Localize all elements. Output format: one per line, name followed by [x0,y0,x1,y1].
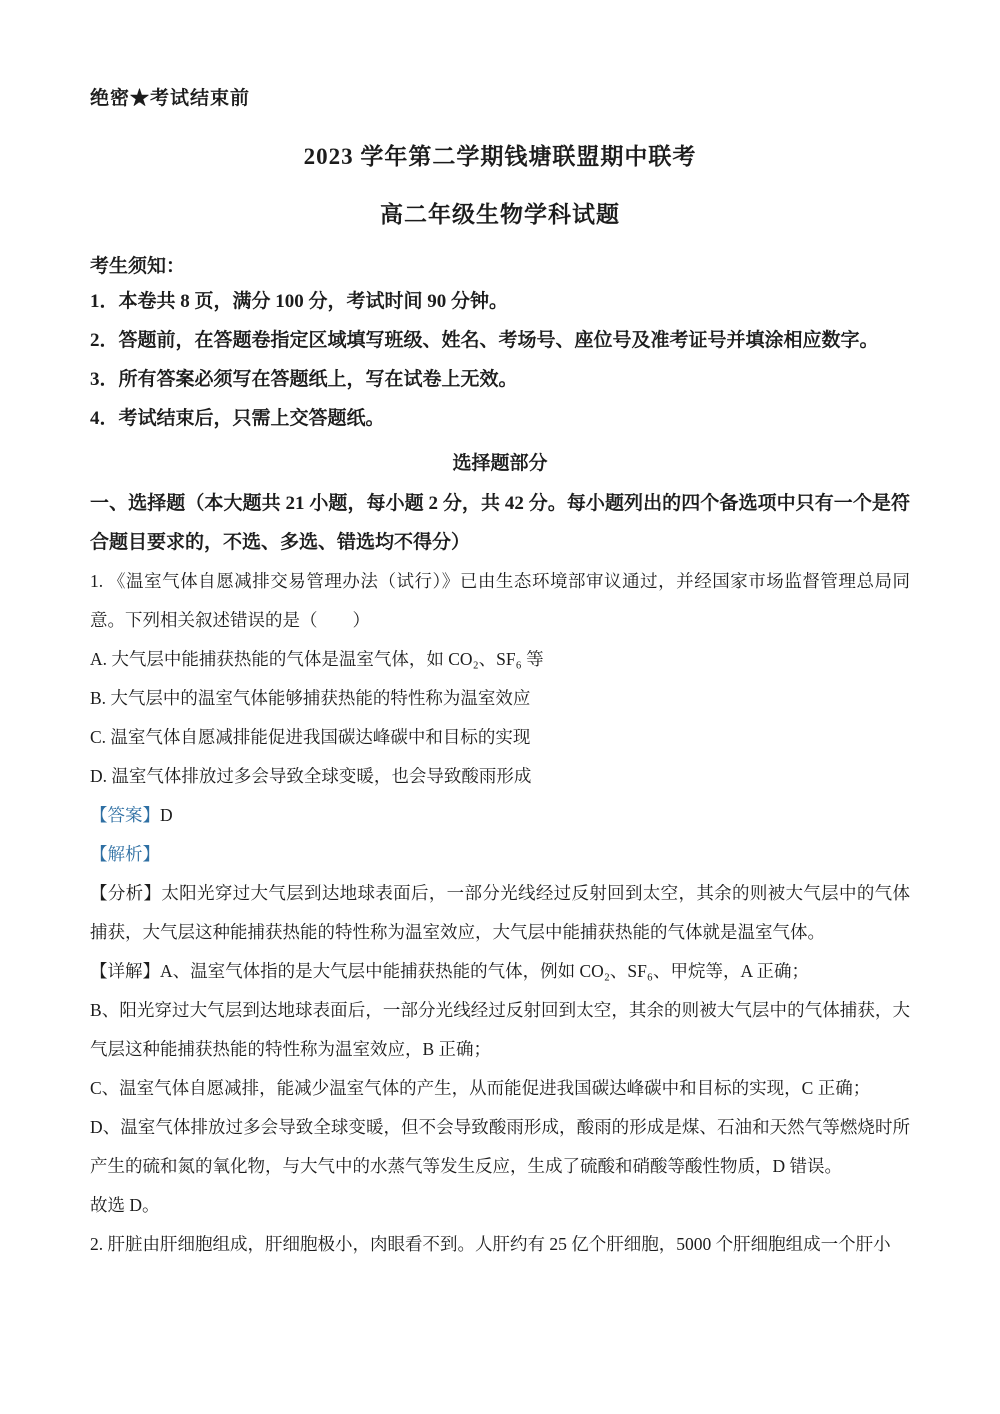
notice-item-4: 4．考试结束后，只需上交答题纸。 [90,399,910,438]
paper-subject-title: 高二年级生物学科试题 [90,200,910,230]
section-direction: 一、选择题（本大题共 21 小题，每小题 2 分，共 42 分。每小题列出的四个… [90,484,910,562]
exam-paper-page: 绝密★考试结束前 2023 学年第二学期钱塘联盟期中联考 高二年级生物学科试题 … [0,0,1000,1414]
question-1-option-a: A. 大气层中能捕获热能的气体是温室气体，如 CO₂、SF₆ 等 [90,640,910,679]
question-1-detail-c: C、温室气体自愿减排，能减少温室气体的产生，从而能促进我国碳达峰碳中和目标的实现… [90,1069,910,1108]
analysis-heading: 【解析】 [90,835,910,874]
question-1-detail-a: 【详解】A、温室气体指的是大气层中能捕获热能的气体，例如 CO₂、SF₆、甲烷等… [90,952,910,991]
exam-title: 2023 学年第二学期钱塘联盟期中联考 [90,142,910,172]
section-heading-choice-part: 选择题部分 [90,444,910,484]
question-1-answer-line: 【答案】D [90,796,910,835]
question-1-detail-d: D、温室气体排放过多会导致全球变暖，但不会导致酸雨形成，酸雨的形成是煤、石油和天… [90,1108,910,1186]
question-1-conclusion: 故选 D。 [90,1186,910,1225]
answer-label: 【答案】 [90,805,160,825]
question-1-detail-b: B、阳光穿过大气层到达地球表面后，一部分光线经过反射回到太空，其余的则被大气层中… [90,991,910,1069]
question-1-stem: 1. 《温室气体自愿减排交易管理办法（试行）》已由生态环境部审议通过，并经国家市… [90,562,910,640]
question-2-stem-partial: 2. 肝脏由肝细胞组成，肝细胞极小，肉眼看不到。人肝约有 25 亿个肝细胞，50… [90,1225,910,1264]
question-1-option-c: C. 温室气体自愿减排能促进我国碳达峰碳中和目标的实现 [90,718,910,757]
notice-item-2: 2．答题前，在答题卷指定区域填写班级、姓名、考场号、座位号及准考证号并填涂相应数… [90,321,910,360]
answer-value: D [160,805,173,825]
notice-item-1: 1．本卷共 8 页，满分 100 分，考试时间 90 分钟。 [90,282,910,321]
question-1-option-b: B. 大气层中的温室气体能够捕获热能的特性称为温室效应 [90,679,910,718]
question-1-analysis: 【分析】太阳光穿过大气层到达地球表面后，一部分光线经过反射回到太空，其余的则被大… [90,874,910,952]
question-1-option-d: D. 温室气体排放过多会导致全球变暖，也会导致酸雨形成 [90,757,910,796]
notice-heading: 考生须知： [90,252,910,282]
classification-banner: 绝密★考试结束前 [90,86,910,112]
notice-item-3: 3．所有答案必须写在答题纸上，写在试卷上无效。 [90,360,910,399]
